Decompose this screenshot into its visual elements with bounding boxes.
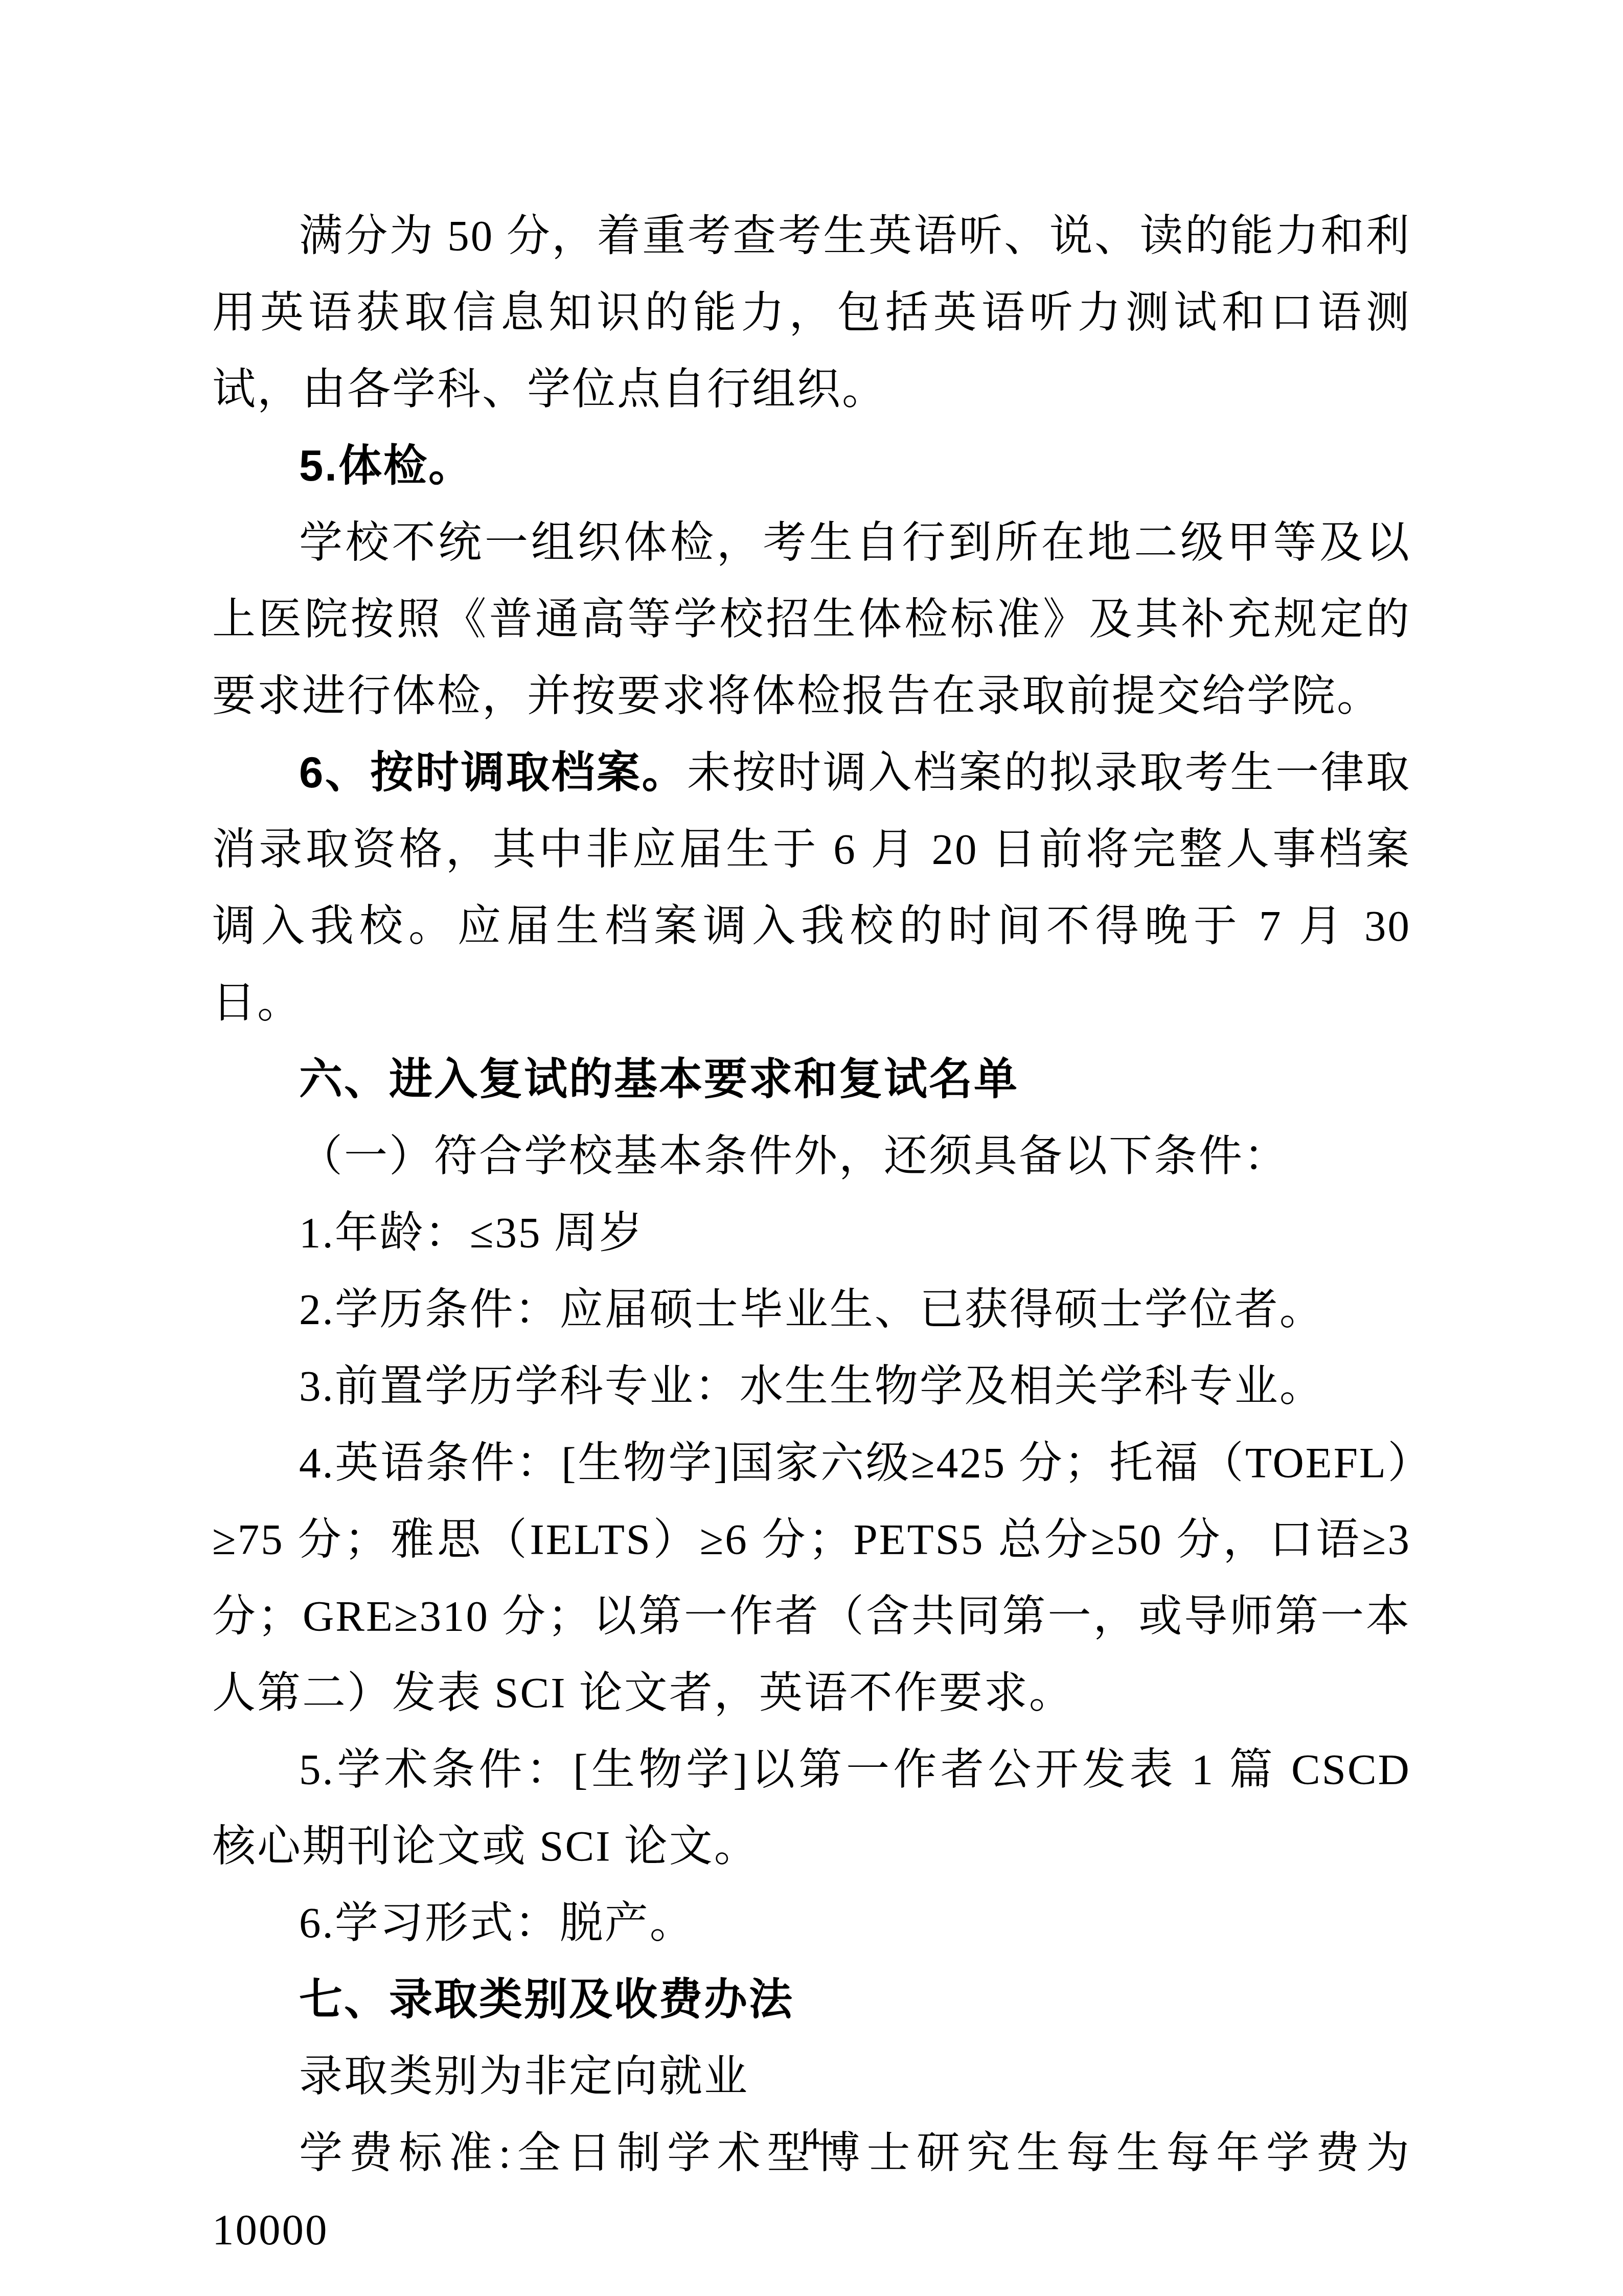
- heading-section-six-reexam-requirements: 六、进入复试的基本要求和复试名单: [212, 1041, 1411, 1118]
- heading-physical-exam: 5.体检。: [212, 428, 1411, 505]
- paragraph-archive-transfer: 6、按时调取档案。未按时调入档案的拟录取考生一律取消录取资格，其中非应届生于 6…: [212, 735, 1411, 1041]
- paragraph-physical-exam-rules: 学校不统一组织体检，考生自行到所在地二级甲等及以上医院按照《普通高等学校招生体检…: [212, 505, 1411, 735]
- paragraph-basic-conditions-intro: （一）符合学校基本条件外，还须具备以下条件：: [212, 1118, 1411, 1195]
- list-item-prior-major-requirement: 3.前置学历学科专业：水生生物学及相关学科专业。: [212, 1348, 1411, 1425]
- page-footer: 4: [0, 2121, 1623, 2156]
- list-item-academic-requirement: 5.学术条件：[生物学]以第一作者公开发表 1 篇 CSCD 核心期刊论文或 S…: [212, 1732, 1411, 1885]
- page-number: 4: [804, 2121, 819, 2156]
- page-content: 满分为 50 分，着重考查考生英语听、说、读的能力和利用英语获取信息知识的能力，…: [212, 198, 1411, 2268]
- list-item-age-requirement: 1.年龄：≤35 周岁: [212, 1195, 1411, 1271]
- paragraph-english-test-score: 满分为 50 分，着重考查考生英语听、说、读的能力和利用英语获取信息知识的能力，…: [212, 198, 1411, 428]
- list-item-english-requirement: 4.英语条件：[生物学]国家六级≥425 分；托福（TOEFL）≥75 分；雅思…: [212, 1425, 1411, 1732]
- archive-transfer-heading-run: 6、按时调取档案。: [299, 748, 687, 797]
- list-item-study-form: 6.学习形式：脱产。: [212, 1885, 1411, 1962]
- document-page: 满分为 50 分，着重考查考生英语听、说、读的能力和利用英语获取信息知识的能力，…: [0, 0, 1623, 2296]
- paragraph-admission-category: 录取类别为非定向就业: [212, 2038, 1411, 2115]
- list-item-education-requirement: 2.学历条件：应届硕士毕业生、已获得硕士学位者。: [212, 1271, 1411, 1348]
- heading-section-seven-admission-fees: 七、录取类别及收费办法: [212, 1962, 1411, 2038]
